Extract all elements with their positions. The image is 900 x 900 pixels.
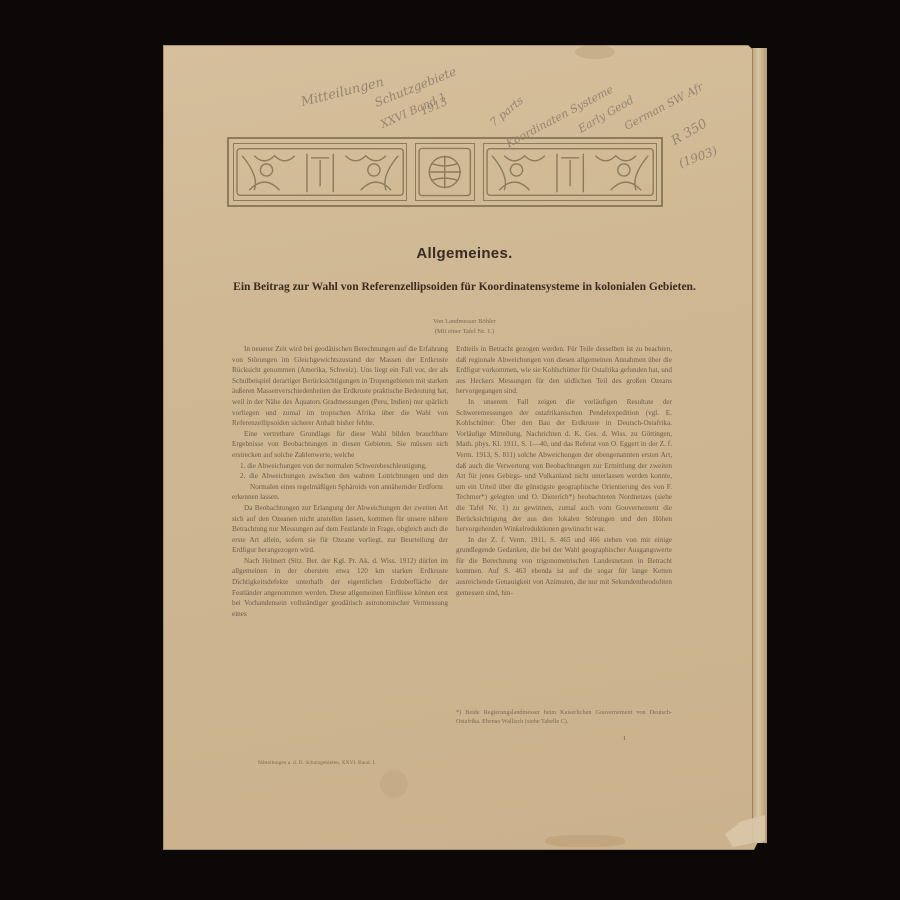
paragraph: erkennen lassen. — [232, 492, 448, 503]
section-title: Allgemeines. — [163, 245, 766, 262]
list-item: 1. die Abweichungen von der normalen Sch… — [232, 461, 448, 472]
floral-ornament-icon — [484, 144, 656, 200]
journal-footer: Mitteilungen a. d. D. Schutzgebieten, XX… — [258, 760, 376, 766]
article-title: Ein Beitrag zur Wahl von Referenzellipso… — [163, 280, 766, 295]
paper-stain — [545, 835, 625, 847]
paper-stain — [380, 770, 408, 798]
paper-stain — [575, 45, 615, 59]
paragraph: In neuerer Zeit wird bei geodätischen Be… — [232, 344, 448, 429]
stacked-page-edges — [752, 48, 767, 843]
right-text-column: Erdteils in Betracht gezogen werden. Für… — [456, 344, 672, 598]
paragraph: Da Beobachtungen zur Erlangung der Abwei… — [232, 503, 448, 556]
globe-ornament-icon — [416, 144, 473, 200]
floral-ornament-icon — [234, 144, 406, 200]
ornamental-header-band — [227, 137, 663, 207]
paragraph: Erdteils in Betracht gezogen werden. Für… — [456, 344, 672, 397]
paragraph: In der Z. f. Verm. 1911, S. 465 und 466 … — [456, 535, 672, 599]
floral-ornament-left — [233, 143, 407, 201]
page-number: 1 — [623, 736, 626, 742]
paragraph: Nach Helmert (Sitz. Ber. der Kgl. Pr. Ak… — [232, 556, 448, 620]
floral-ornament-right — [483, 143, 657, 201]
globe-ornament-center — [415, 143, 474, 201]
author-byline: Von Landmesser Böhler — [163, 318, 766, 325]
footnote: *) Beide Regierungslandmesser beim Kaise… — [456, 708, 672, 726]
paragraph: In unserem Fall zeigen die vorläufigen R… — [456, 397, 672, 535]
left-text-column: In neuerer Zeit wird bei geodätischen Be… — [232, 344, 448, 619]
list-item: 2. die Abweichungen zwischen den wahren … — [232, 471, 448, 492]
plate-note: (Mit einer Tafel Nr. 1.) — [163, 328, 766, 335]
paragraph: Eine vertretbare Grundlage für diese Wah… — [232, 429, 448, 461]
